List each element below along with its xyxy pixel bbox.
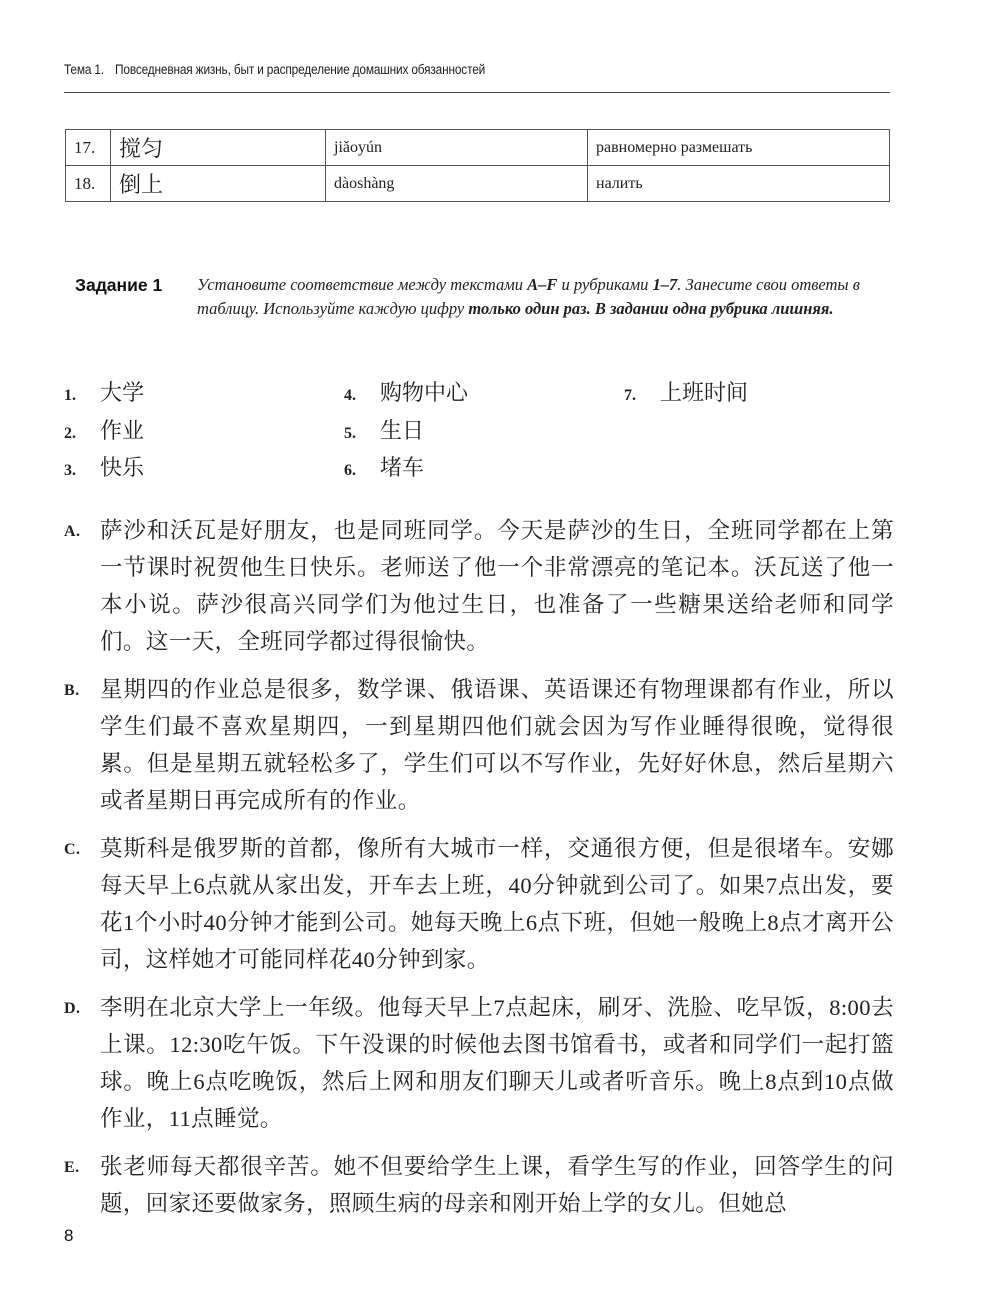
passage-c: C. 莫斯科是俄罗斯的首都，像所有大城市一样，交通很方便，但是很堵车。安娜每天早… xyxy=(64,830,894,978)
passage-list: A. 萨沙和沃瓦是好朋友，也是同班同学。今天是萨沙的生日，全班同学都在上第一节课… xyxy=(64,512,894,1233)
topic-title: Повседневная жизнь, быт и распределение … xyxy=(115,62,485,77)
passage-text: 张老师每天都很辛苦。她不但要给学生上课，看学生写的作业，回答学生的问题，回家还要… xyxy=(100,1154,894,1216)
vocabulary-table: 17. 搅匀 jiǎoyún равномерно размешать 18. … xyxy=(65,129,890,202)
rubric-text: 大学 xyxy=(100,380,144,405)
row-number: 18. xyxy=(66,166,111,202)
topic-number: Тема 1. xyxy=(64,62,115,77)
passage-text: 星期四的作业总是很多，数学课、俄语课、英语课还有物理课都有作业，所以学生们最不喜… xyxy=(100,677,894,813)
meaning-cell: налить xyxy=(588,166,890,202)
passage-e: E. 张老师每天都很辛苦。她不但要给学生上课，看学生写的作业，回答学生的问题，回… xyxy=(64,1148,894,1222)
rubric-number: 4. xyxy=(344,381,380,411)
rubric-item: 3.快乐 xyxy=(64,453,144,486)
passage-label: A. xyxy=(64,512,80,552)
rubric-item: 2.作业 xyxy=(64,416,144,449)
passage-a: A. 萨沙和沃瓦是好朋友，也是同班同学。今天是萨沙的生日，全班同学都在上第一节课… xyxy=(64,512,894,660)
rubric-text: 购物中心 xyxy=(380,380,468,405)
passage-label: E. xyxy=(64,1148,79,1188)
rubric-item: 4.购物中心 xyxy=(344,378,468,411)
rubric-item: 7.上班时间 xyxy=(624,378,748,411)
pinyin-cell: jiǎoyún xyxy=(326,130,588,166)
row-number: 17. xyxy=(66,130,111,166)
rubric-number: 7. xyxy=(624,381,660,411)
header-divider xyxy=(64,92,890,93)
passage-label: B. xyxy=(64,671,79,711)
meaning-cell: равномерно размешать xyxy=(588,130,890,166)
rubric-list: 1.大学 2.作业 3.快乐 4.购物中心 5.生日 6.堵车 7.上班时间 xyxy=(64,378,824,488)
hanzi-cell: 搅匀 xyxy=(111,130,326,166)
rubric-number: 1. xyxy=(64,381,100,411)
instruction-text: и рубриками xyxy=(557,275,652,294)
instruction-emphasis: только один раз. В задании одна рубрика … xyxy=(468,299,833,318)
rubric-item: 6.堵车 xyxy=(344,453,424,486)
rubric-item: 5.生日 xyxy=(344,416,424,449)
table-row: 18. 倒上 dàoshàng налить xyxy=(66,166,890,202)
rubric-text: 作业 xyxy=(100,418,144,443)
rubric-text: 堵车 xyxy=(380,455,424,480)
task-label: Задание 1 xyxy=(75,275,162,296)
rubric-number: 3. xyxy=(64,456,100,486)
passage-text: 莫斯科是俄罗斯的首都，像所有大城市一样，交通很方便，但是很堵车。安娜每天早上6点… xyxy=(100,836,894,972)
running-head: Тема 1.Повседневная жизнь, быт и распред… xyxy=(64,62,485,77)
rubric-item: 1.大学 xyxy=(64,378,144,411)
rubric-number: 2. xyxy=(64,419,100,449)
passage-label: D. xyxy=(64,989,80,1029)
passage-d: D. 李明在北京大学上一年级。他每天早上7点起床，刷牙、洗脸、吃早饭，8:00去… xyxy=(64,989,894,1137)
rubric-text: 生日 xyxy=(380,418,424,443)
rubric-text: 上班时间 xyxy=(660,380,748,405)
rubric-number: 5. xyxy=(344,419,380,449)
instruction-text: Установите соответствие между текстами xyxy=(197,275,527,294)
rubric-number: 6. xyxy=(344,456,380,486)
passage-text: 萨沙和沃瓦是好朋友，也是同班同学。今天是萨沙的生日，全班同学都在上第一节课时祝贺… xyxy=(100,518,894,654)
passage-b: B. 星期四的作业总是很多，数学课、俄语课、英语课还有物理课都有作业，所以学生们… xyxy=(64,671,894,819)
instruction-emphasis: 1–7 xyxy=(653,275,678,294)
rubric-text: 快乐 xyxy=(100,455,144,480)
pinyin-cell: dàoshàng xyxy=(326,166,588,202)
hanzi-cell: 倒上 xyxy=(111,166,326,202)
page-number: 8 xyxy=(64,1226,73,1246)
passage-text: 李明在北京大学上一年级。他每天早上7点起床，刷牙、洗脸、吃早饭，8:00去上课。… xyxy=(100,995,894,1131)
task-instruction: Установите соответствие между текстами A… xyxy=(197,273,892,320)
passage-label: C. xyxy=(64,830,80,870)
instruction-emphasis: A–F xyxy=(527,275,557,294)
table-row: 17. 搅匀 jiǎoyún равномерно размешать xyxy=(66,130,890,166)
